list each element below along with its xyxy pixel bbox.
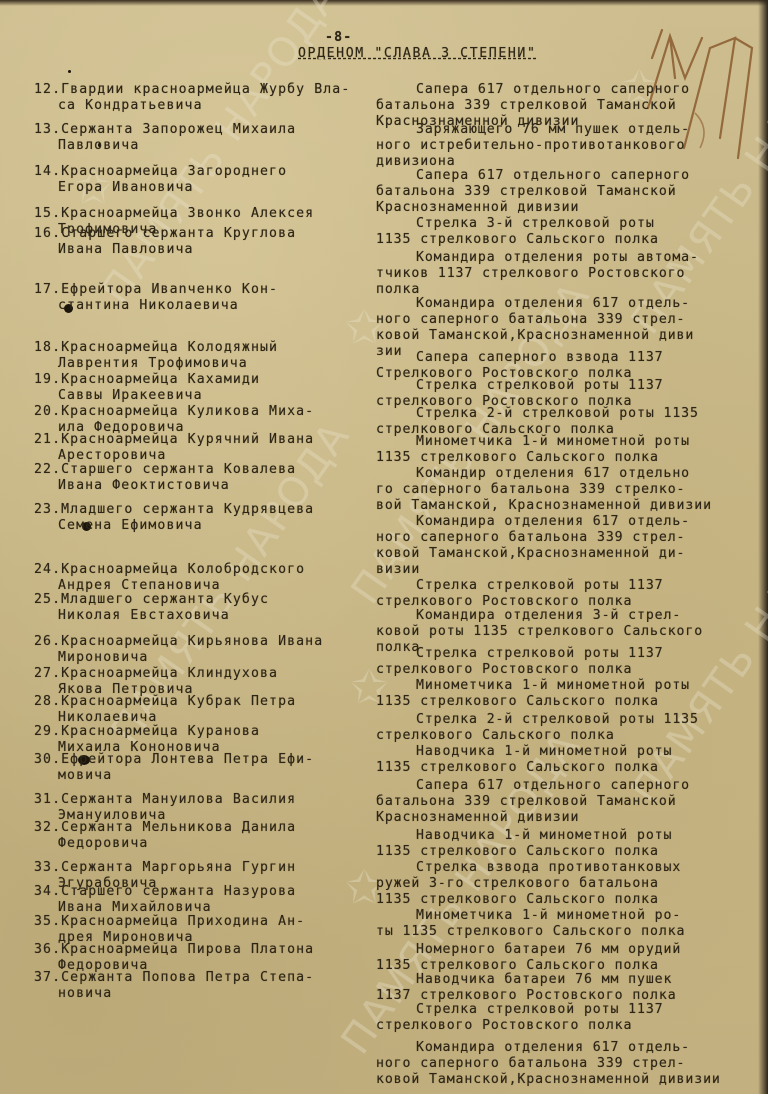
awardee-rank-name: 24.Красноармейца Колобродского (34, 562, 305, 578)
position-line: Наводчика батареи 76 мм пушек (376, 972, 677, 988)
awardee-position: Стрелка 2-й стрелковой роты 1135стрелков… (376, 712, 699, 744)
awardee-rank-name: 15.Красноармейца Звонко Алексея (34, 206, 314, 222)
awardee-name-cont: Саввы Иракеевича (34, 388, 260, 404)
position-line: батальона 339 стрелковой Таманской (376, 794, 690, 810)
position-line: 1135 стрелкового Сальского полка (376, 450, 690, 466)
position-line: Минометчика 1-й минометной роты (376, 434, 690, 450)
position-line: визии (376, 562, 690, 578)
position-line: вой Таманской, Краснознаменной дивизии (376, 498, 712, 514)
awardee-rank-name: 37.Сержанта Попова Петра Степа- (34, 970, 314, 986)
awardee-name-cont: Федоровича (34, 836, 296, 852)
position-line: Краснознаменной дивизии (376, 810, 690, 826)
position-line: Номерного батареи 76 мм орудий (376, 942, 681, 958)
position-line: Наводчика 1-й минометной роты (376, 828, 672, 844)
position-line: Командир отделения 617 отдельно (376, 466, 712, 482)
awardee-name-cont: новича (34, 986, 314, 1002)
position-line: 1135 стрелкового Сальского полка (376, 892, 681, 908)
awardee-rank-name: 28.Красноармейца Кубрак Петра (34, 694, 296, 710)
position-line: Краснознаменной дивизии (376, 200, 690, 216)
awardee-rank-name: 21.Красноармейца Курячний Ивана (34, 432, 314, 448)
position-line: Стрелка 3-й стрелковой роты (376, 216, 659, 232)
page-heading: ОРДЕНОМ "СЛАВА 3 СТЕПЕНИ" (298, 46, 537, 62)
position-line: ковой роты 1135 стрелкового Сальского (376, 624, 703, 640)
awardee-position: Минометчика 1-й минометной роты1135 стре… (376, 678, 690, 710)
awardee-rank-name: 13.Сержанта Запорожец Михаила (34, 122, 296, 138)
awardee-rank-name: 33.Сержанта Маргорьяна Гургин (34, 860, 296, 876)
awardee-entry: 34.Старшего сержанта НазуроваИвана Михай… (34, 884, 296, 916)
awardee-entry: 14.Красноармейца ЗагороднегоЕгора Иванов… (34, 164, 287, 196)
awardee-position: Номерного батареи 76 мм орудий1135 стрел… (376, 942, 681, 974)
position-line: ного истребительно-противотанкового (376, 138, 690, 154)
awardee-entry: 12.Гвардии красноармейца Журбу Вла-са Ко… (34, 82, 350, 114)
awardee-name-cont: Николая Евстаховича (34, 608, 269, 624)
position-line: 1135 стрелкового Сальского полка (376, 232, 659, 248)
position-line: Сапера 617 отдельного саперного (376, 778, 690, 794)
position-line: стрелкового Ростовского полка (376, 662, 664, 678)
awardee-rank-name: 34.Старшего сержанта Назурова (34, 884, 296, 900)
awardee-position: Сапера 617 отдельного саперногобатальона… (376, 168, 690, 216)
awardee-entry: 16.Старшего сержанта КругловаИвана Павло… (34, 226, 296, 258)
position-line: Стрелка стрелковой роты 1137 (376, 646, 664, 662)
position-line: ковой Таманской,Краснознаменной ди- (376, 546, 690, 562)
position-line: 1135 стрелкового Сальского полка (376, 844, 672, 860)
awardee-entry: 22.Старшего сержанта КовалеваИвана Феокт… (34, 462, 296, 494)
awardee-position: Командира отделения 617 отдель-ного сапе… (376, 514, 690, 578)
awardee-entry: 37.Сержанта Попова Петра Степа-новича (34, 970, 314, 1002)
awardee-position: Стрелка стрелковой роты 1137стрелкового … (376, 578, 664, 610)
position-line: стрелкового Сальского полка (376, 728, 699, 744)
position-line: Сапера саперного взвода 1137 (376, 350, 664, 366)
awardee-name-cont: Семена Ефимовича (34, 518, 314, 534)
ink-dot (68, 70, 71, 73)
position-line: Стрелка 2-й стрелковой роты 1135 (376, 712, 699, 728)
position-line: Командира отделения 617 отдель- (376, 514, 690, 530)
position-line: Стрелка стрелковой роты 1137 (376, 1002, 664, 1018)
awardee-name-cont: Ивана Павловича (34, 242, 296, 258)
position-line: Стрелка стрелковой роты 1137 (376, 578, 664, 594)
awardee-position: Стрелка 3-й стрелковой роты1135 стрелков… (376, 216, 659, 248)
position-line: Командира отделения 3-й стрел- (376, 608, 703, 624)
awardee-position: Сапера 617 отдельного саперногобатальона… (376, 778, 690, 826)
awardee-entry: 30.Ефрейтора Лонтева Петра Ефи-мовича (34, 752, 314, 784)
awardee-rank-name: 32.Сержанта Мельникова Данила (34, 820, 296, 836)
awardee-name-cont: са Кондратьевича (34, 98, 350, 114)
position-line: ковой Таманской,Краснознаменной дивизии (376, 1072, 721, 1088)
position-line: ного саперного батальона 339 стрел- (376, 312, 694, 328)
scan-top-edge (0, 0, 768, 6)
awardee-entry: 21.Красноармейца Курячний ИванаАресторов… (34, 432, 314, 464)
position-line: Заряжающего 76 мм пушек отдель- (376, 122, 690, 138)
awardee-rank-name: 23.Младшего сержанта Кудрявцева (34, 502, 314, 518)
awardee-position: Командира отделения роты автома-тчиков 1… (376, 250, 699, 298)
awardee-name-cont: стантина Николаевича (34, 298, 278, 314)
awardee-rank-name: 16.Старшего сержанта Круглова (34, 226, 296, 242)
awardee-name-cont: Лаврентия Трофимовича (34, 356, 278, 372)
awardee-entry: 28.Красноармейца Кубрак ПетраНиколаевича (34, 694, 296, 726)
awardee-position: Наводчика батареи 76 мм пушек1137 стрелк… (376, 972, 677, 1004)
awardee-rank-name: 29.Красноармейца Куранова (34, 724, 260, 740)
position-line: тчиков 1137 стрелкового Ростовского (376, 266, 699, 282)
awardee-entry: 23.Младшего сержанта КудрявцеваСемена Еф… (34, 502, 314, 534)
awardee-rank-name: 30.Ефрейтора Лонтева Петра Ефи- (34, 752, 314, 768)
awardee-rank-name: 36.Красноармейца Пирова Платона (34, 942, 314, 958)
awardee-rank-name: 20.Красноармейца Куликова Миха- (34, 404, 314, 420)
awardee-position: Наводчика 1-й минометной роты1135 стрелк… (376, 744, 672, 776)
awardee-entry: 13.Сержанта Запорожец МихаилаПавловича (34, 122, 296, 154)
position-line: го саперного батальона 339 стрелко- (376, 482, 712, 498)
awardee-name-cont: Ивана Феоктистовича (34, 478, 296, 494)
awardee-position: Стрелка взвода противотанковыхружей 3-го… (376, 860, 681, 908)
position-line: ного саперного батальона 339 стрел- (376, 1056, 721, 1072)
position-line: Командира отделения 617 отдель- (376, 296, 694, 312)
position-line: ного саперного батальона 339 стрел- (376, 530, 690, 546)
awardee-entry: 18.Красноармейца КолодяжныйЛаврентия Тро… (34, 340, 278, 372)
awardee-name-cont: Мироновича (34, 650, 323, 666)
position-line: Сапера 617 отдельного саперного (376, 82, 690, 98)
awardee-name-cont: мовича (34, 768, 314, 784)
awardee-position: Наводчика 1-й минометной роты1135 стрелк… (376, 828, 672, 860)
position-line: Стрелка взвода противотанковых (376, 860, 681, 876)
awardee-entry: 32.Сержанта Мельникова ДанилаФедоровича (34, 820, 296, 852)
awardee-position: Минометчика 1-й минометной ро-ты 1135 ст… (376, 908, 685, 940)
position-line: Минометчика 1-й минометной роты (376, 678, 690, 694)
position-line: 1135 стрелкового Сальского полка (376, 694, 690, 710)
position-line: Наводчика 1-й минометной роты (376, 744, 672, 760)
awardee-rank-name: 26.Красноармейца Кирьянова Ивана (34, 634, 323, 650)
awardee-entry: 19.Красноармейца КахамидиСаввы Иракеевич… (34, 372, 260, 404)
awardee-rank-name: 14.Красноармейца Загороднего (34, 164, 287, 180)
awardee-rank-name: 25.Младшего сержанта Кубус (34, 592, 269, 608)
awardee-rank-name: 22.Старшего сержанта Ковалева (34, 462, 296, 478)
awardee-position: Стрелка стрелковой роты 1137стрелкового … (376, 1002, 664, 1034)
page-number: -8- (325, 30, 352, 46)
awardee-position: Командир отделения 617 отдельного саперн… (376, 466, 712, 514)
position-line: ковой Таманской,Краснознаменной диви (376, 328, 694, 344)
awardee-name-cont: Егора Ивановича (34, 180, 287, 196)
position-line: Сапера 617 отдельного саперного (376, 168, 690, 184)
awardee-rank-name: 27.Красноармейца Клиндухова (34, 666, 278, 682)
awardee-position: Заряжающего 76 мм пушек отдель-ного истр… (376, 122, 690, 170)
awardee-position: Стрелка стрелковой роты 1137стрелкового … (376, 646, 664, 678)
position-line: Командира отделения 617 отдель- (376, 1040, 721, 1056)
position-line: 1135 стрелкового Сальского полка (376, 760, 672, 776)
awardee-entry: 26.Красноармейца Кирьянова ИванаМиронови… (34, 634, 323, 666)
awardee-entry: 17.Ефрейтора Ивanченко Кон-стантина Нико… (34, 282, 278, 314)
position-line: Стрелка стрелковой роты 1137 (376, 378, 664, 394)
position-line: батальона 339 стрелковой Таманской (376, 98, 690, 114)
position-line: батальона 339 стрелковой Таманской (376, 184, 690, 200)
document-page: ✩ ✩ ✩ ✩ ✩ ПАМЯТЬ НАРОДА ПАМЯТЬ НАРОДА ПА… (0, 0, 768, 1094)
position-line: Минометчика 1-й минометной ро- (376, 908, 685, 924)
position-line: Стрелка 2-й стрелковой роты 1135 (376, 406, 699, 422)
position-line: стрелкового Ростовского полка (376, 1018, 664, 1034)
awardee-rank-name: 17.Ефрейтора Ивanченко Кон- (34, 282, 278, 298)
awardee-rank-name: 18.Красноармейца Колодяжный (34, 340, 278, 356)
awardee-rank-name: 12.Гвардии красноармейца Журбу Вла- (34, 82, 350, 98)
position-line: Командира отделения роты автома- (376, 250, 699, 266)
awardee-rank-name: 31.Сержанта Мануилова Василия (34, 792, 296, 808)
awardee-rank-name: 35.Красноармейца Приходина Ан- (34, 914, 305, 930)
awardee-entry: 25.Младшего сержанта КубусНиколая Евстах… (34, 592, 269, 624)
awardee-position: Командира отделения 617 отдель-ного сапе… (376, 1040, 721, 1088)
position-line: ружей 3-го стрелкового батальона (376, 876, 681, 892)
position-line: ты 1135 стрелкового Сальского полка (376, 924, 685, 940)
awardee-name-cont: Павловича (34, 138, 296, 154)
awardee-rank-name: 19.Красноармейца Кахамиди (34, 372, 260, 388)
awardee-entry: 24.Красноармейца КолобродскогоАндрея Сте… (34, 562, 305, 594)
awardee-position: Минометчика 1-й минометной роты1135 стре… (376, 434, 690, 466)
